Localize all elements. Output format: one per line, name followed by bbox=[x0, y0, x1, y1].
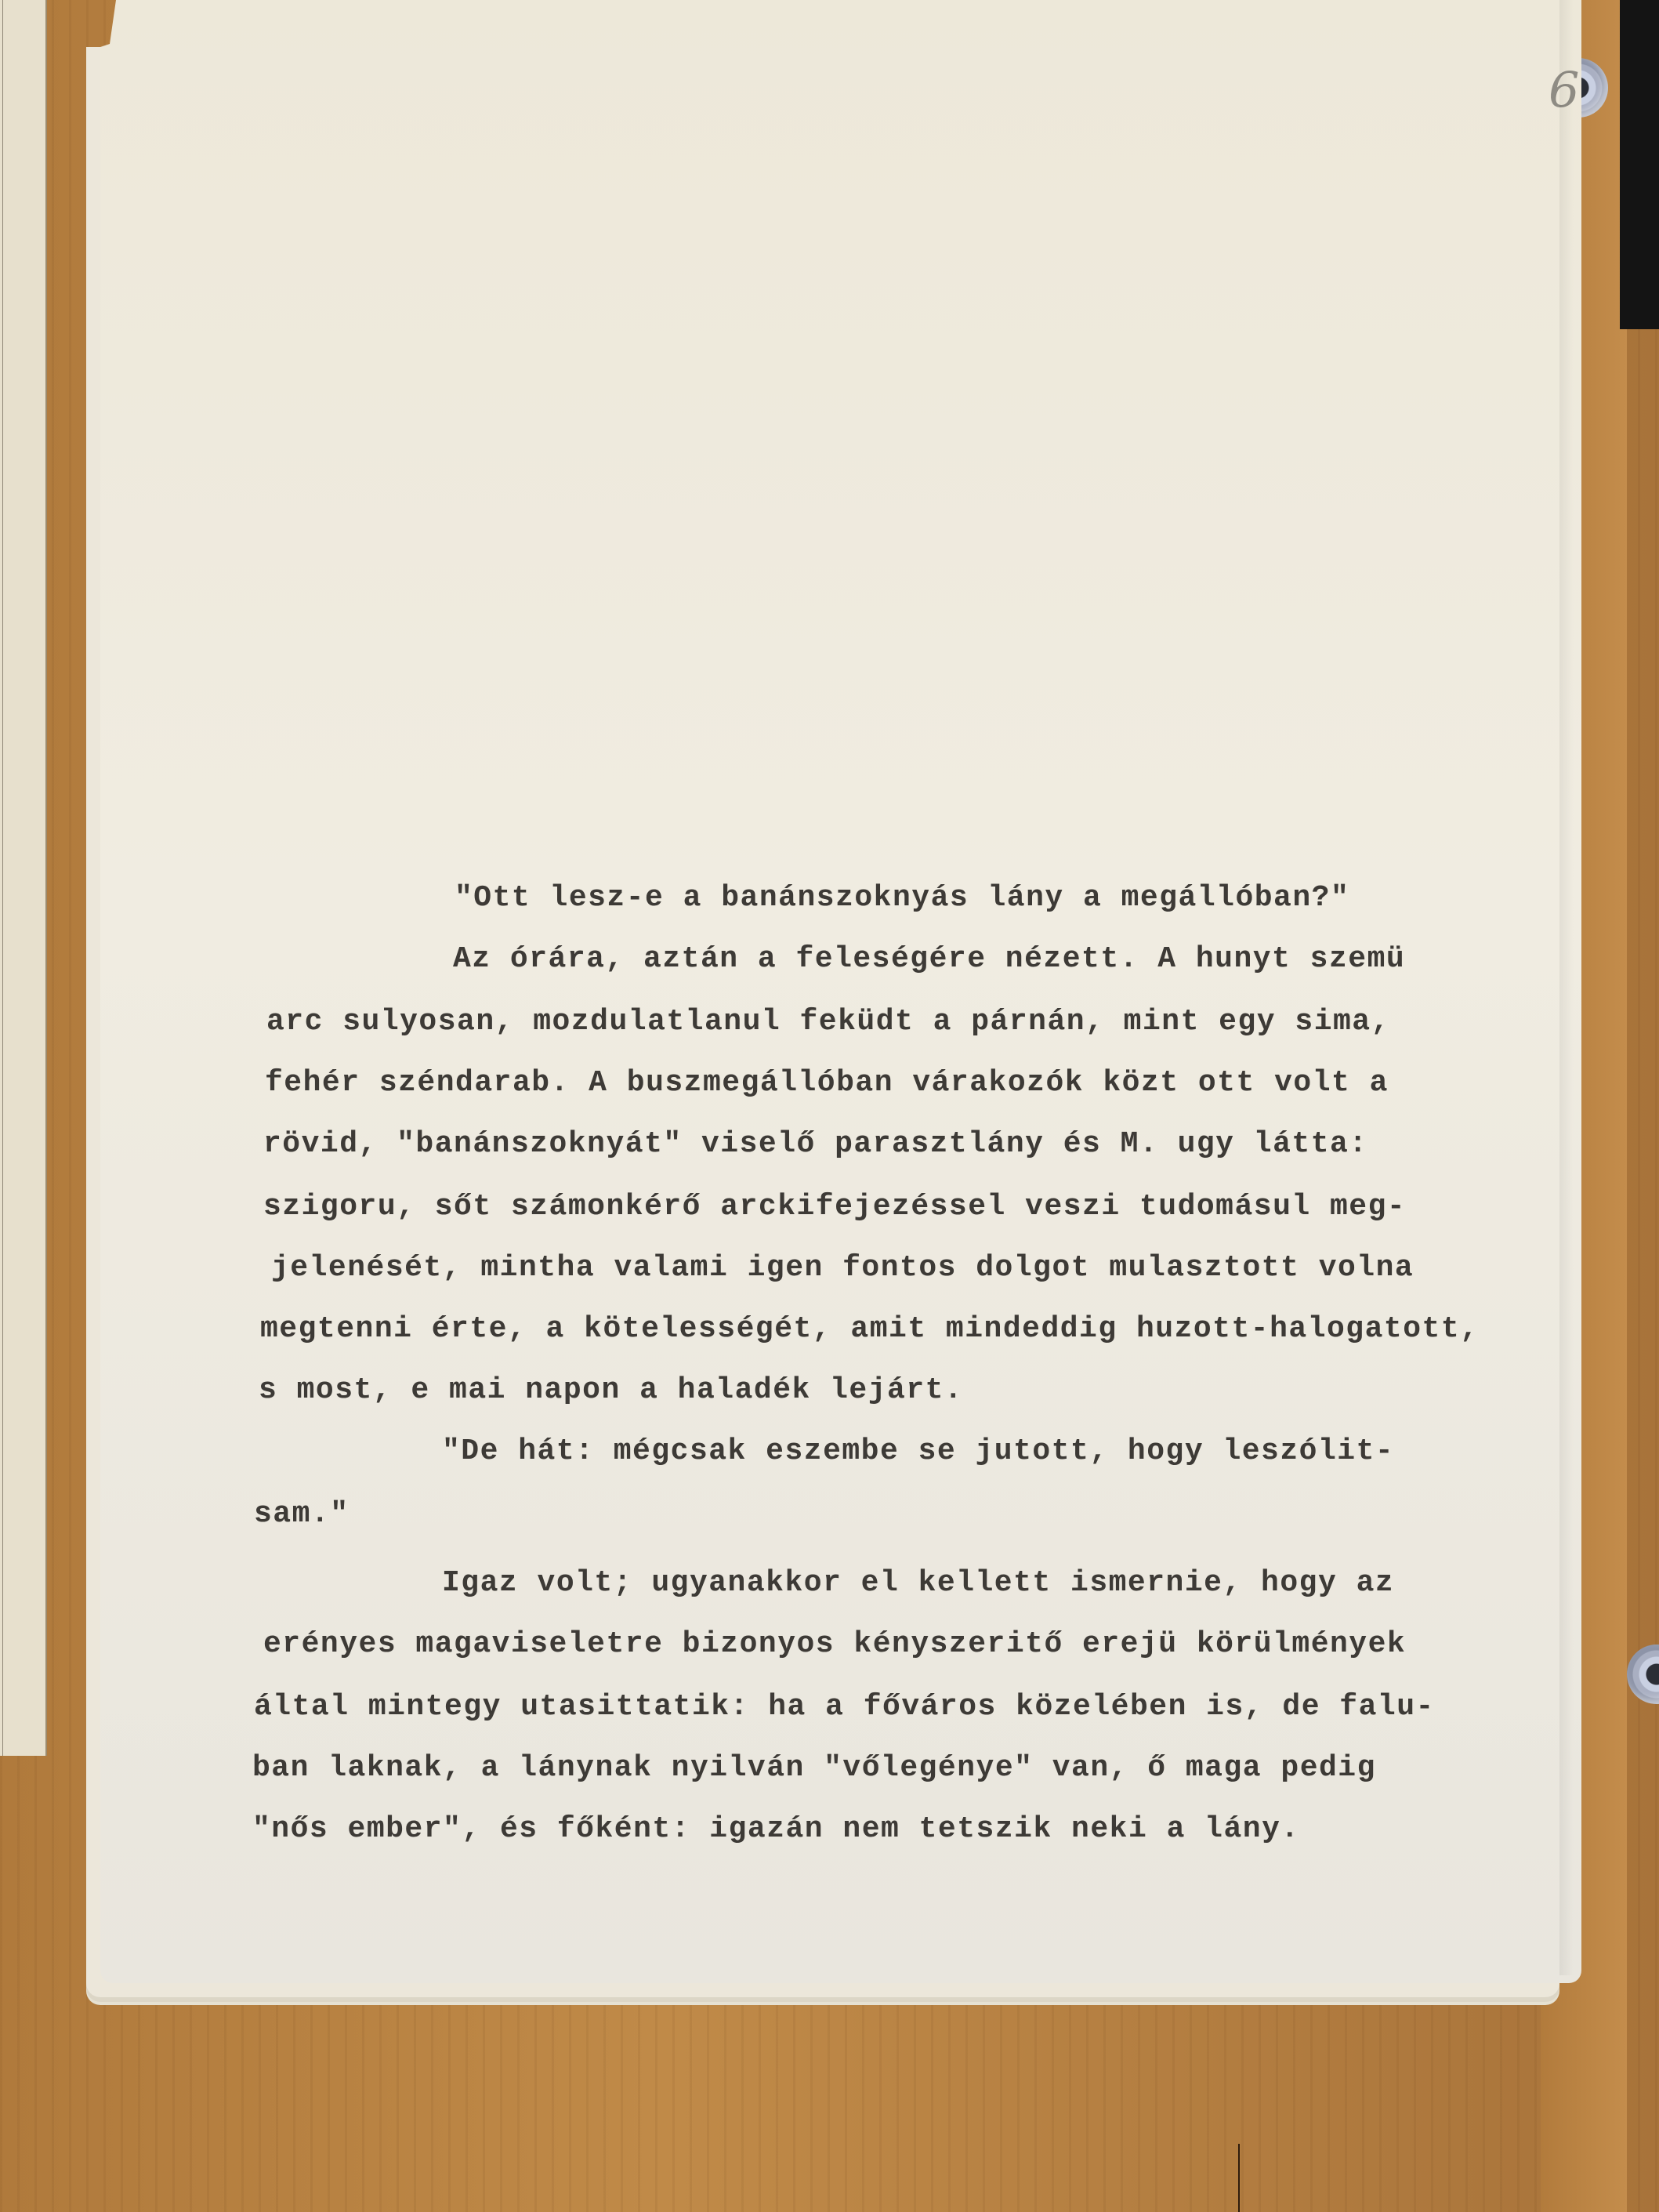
text-line: szigoru, sőt számonkérő arckifejezéssel … bbox=[263, 1190, 1406, 1224]
text-line: Az órára, aztán a feleségére nézett. A h… bbox=[453, 942, 1405, 976]
text-line: rövid, "banánszoknyát" viselő parasztlán… bbox=[263, 1127, 1368, 1161]
text-line: "Ott lesz-e a banánszoknyás lány a megál… bbox=[455, 881, 1349, 915]
text-line: arc sulyosan, mozdulatlanul feküdt a pár… bbox=[266, 1005, 1390, 1039]
text-line: "nős ember", és főként: igazán nem tetsz… bbox=[252, 1812, 1300, 1846]
text-line: "De hát: mégcsak eszembe se jutott, hogy… bbox=[442, 1434, 1394, 1468]
text-line: Igaz volt; ugyanakkor el kellett ismerni… bbox=[442, 1566, 1394, 1600]
text-line: jelenését, mintha valami igen fontos dol… bbox=[271, 1251, 1414, 1285]
sheet-rule-line bbox=[2, 0, 3, 1756]
dark-background-corner bbox=[1620, 0, 1659, 329]
text-line: által mintegy utasittatik: ha a főváros … bbox=[254, 1690, 1435, 1724]
typewritten-page: 6 "Ott lesz-e a banánszoknyás lány a meg… bbox=[100, 0, 1581, 1983]
text-line: sam." bbox=[254, 1497, 350, 1531]
typewritten-text: "Ott lesz-e a banánszoknyás lány a megál… bbox=[100, 0, 176, 607]
text-line: fehér széndarab. A buszmegállóban várako… bbox=[265, 1066, 1389, 1100]
page-edge-shadow bbox=[1559, 0, 1574, 1975]
desk-crack bbox=[1238, 2144, 1240, 2212]
text-line: megtenni érte, a kötelességét, amit mind… bbox=[260, 1312, 1479, 1346]
text-line: erényes magaviseletre bizonyos kényszeri… bbox=[263, 1627, 1406, 1661]
adjacent-sheet-edge bbox=[0, 0, 47, 1756]
text-line: ban laknak, a lánynak nyilván "vőlegénye… bbox=[252, 1751, 1376, 1785]
text-line: s most, e mai napon a haladék lejárt. bbox=[259, 1373, 963, 1407]
